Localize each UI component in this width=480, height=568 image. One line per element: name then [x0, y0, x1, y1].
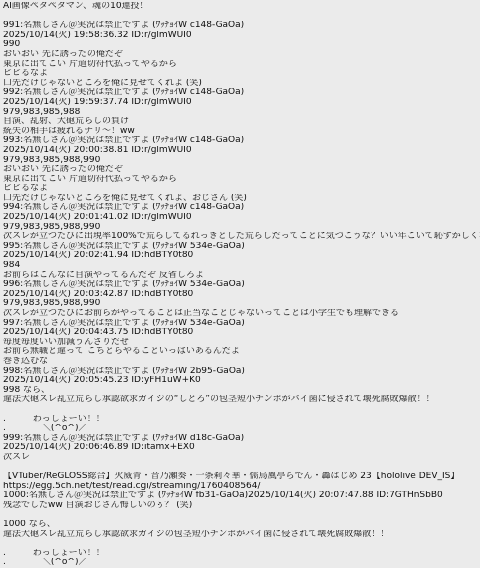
post: 993:名無しさん＠実況は禁止ですよ (ﾜｯﾁｮｲW c148-GaOa)202…	[3, 136, 480, 203]
blank-line	[3, 12, 480, 22]
reply-reference[interactable]: 979,983,985,988,990	[3, 156, 480, 166]
reply-reference[interactable]: 990	[3, 40, 480, 50]
post-body-line: お前らはこんなに自演やってるんだぞ 反省しろよ	[3, 271, 480, 281]
post-userid: ID:r/glmWUI0	[131, 146, 191, 155]
post-date-line: 2025/10/14(火) 20:00:38.81 ID:r/glmWUI0	[3, 146, 480, 156]
post-body-line: 次スレが立つたびにお前らがやってることは正当なことじゃないってことは小学生でも理…	[3, 309, 480, 319]
post-number[interactable]: 991:	[3, 21, 23, 30]
posts: 991:名無しさん＠実況は禁止ですよ (ﾜｯﾁｮｲW c148-GaOa)202…	[3, 21, 480, 568]
post-body-line: 東京に出てこい 片道切符代払ってやるから	[3, 175, 480, 185]
reply-reference[interactable]: 979,983,985,988	[3, 108, 480, 118]
reply-reference[interactable]: 979,983,985,988,990	[3, 299, 480, 309]
post-userid: ID:7GTHnSbB0	[376, 491, 442, 500]
post: 998:名無しさん＠実況は禁止ですよ (ﾜｯﾁｮｲW 2b95-GaOa)202…	[3, 367, 480, 434]
post-header-line: 997:名無しさん＠実況は禁止ですよ (ﾜｯﾁｮｲW 534e-GaOa)	[3, 319, 480, 329]
poster-name: 名無しさん＠実況は禁止ですよ	[23, 319, 152, 328]
poster-name: 名無しさん＠実況は禁止ですよ	[23, 434, 152, 443]
poster-name: 名無しさん＠実況は禁止ですよ	[23, 280, 152, 289]
post-body-line: 毎度毎度いい加減うんざりだぜ	[3, 338, 480, 348]
blank-line	[3, 405, 480, 415]
post-body-line: 998 なら、	[3, 386, 480, 396]
post-header-line: 992:名無しさん＠実況は禁止ですよ (ﾜｯﾁｮｲW c148-GaOa)	[3, 88, 480, 98]
blank-line	[3, 510, 480, 520]
post-body-line: 口先だけじゃないところを俺に見せてくれよ、おじさん (笑)	[3, 194, 480, 204]
post-body-line: 次スレが立つたびに出現率100%で荒らしてるれっきとした荒らしだってことに気づこ…	[3, 232, 480, 242]
wacchoi-id: (ﾜｯﾁｮｲW c148-GaOa)	[152, 136, 244, 145]
thread-url-link[interactable]: https://egg.5ch.net/test/read.cgi/stream…	[3, 482, 480, 492]
post-date-line: 2025/10/14(火) 20:01:41.02 ID:r/glmWUI0	[3, 213, 480, 223]
post-userid: ID:yFH1uW+K0	[131, 376, 200, 385]
post-body-line: 巻き込むな	[3, 357, 480, 367]
post-date-line: 2025/10/14(火) 20:03:42.87 ID:hdBTY0t80	[3, 290, 480, 300]
post-datetime: 2025/10/14(火) 20:07:47.88	[248, 491, 376, 500]
post-date-line: 2025/10/14(火) 20:05:45.23 ID:yFH1uW+K0	[3, 376, 480, 386]
wacchoi-id: (ﾜｯﾁｮｲW 534e-GaOa)	[152, 280, 245, 289]
post-body-line: AI画像ペタペタマン、魂の10連投！	[3, 2, 480, 12]
post-body-line: 口先だけじゃないところを俺に見せてくれよ (笑)	[3, 79, 480, 89]
post: 995:名無しさん＠実況は禁止ですよ (ﾜｯﾁｮｲW 534e-GaOa)202…	[3, 242, 480, 280]
post-number[interactable]: 999:	[3, 434, 23, 443]
post-header-line: 998:名無しさん＠実況は禁止ですよ (ﾜｯﾁｮｲW 2b95-GaOa)	[3, 367, 480, 377]
blank-line	[3, 539, 480, 549]
wacchoi-id: (ﾜｯﾁｮｲW d18c-GaOa)	[152, 434, 244, 443]
post: 992:名無しさん＠実況は禁止ですよ (ﾜｯﾁｮｲW c148-GaOa)202…	[3, 88, 480, 136]
post-date-line: 2025/10/14(火) 19:58:36.32 ID:r/glmWUI0	[3, 31, 480, 41]
post-datetime: 2025/10/14(火) 20:04:43.75	[3, 328, 131, 337]
wacchoi-id: (ﾜｯﾁｮｲW c148-GaOa)	[152, 88, 244, 97]
post-datetime: 2025/10/14(火) 20:00:38.81	[3, 146, 131, 155]
poster-name: 名無しさん＠実況は禁止ですよ	[29, 491, 158, 500]
ascii-art-line: . わっしょーい！！	[3, 549, 480, 559]
post-header-line: 999:名無しさん＠実況は禁止ですよ (ﾜｯﾁｮｲW d18c-GaOa)	[3, 434, 480, 444]
post-date-line: 2025/10/14(火) 20:06:46.89 ID:itamx+EX0	[3, 443, 480, 453]
post-date-line: 2025/10/14(火) 19:59:37.74 ID:r/glmWUI0	[3, 98, 480, 108]
post-number[interactable]: 992:	[3, 88, 23, 97]
post-body-line: ビビるなよ	[3, 184, 480, 194]
post-body-line: おいおい 先に誘ったの俺だぞ	[3, 165, 480, 175]
post-datetime: 2025/10/14(火) 20:01:41.02	[3, 213, 131, 222]
next-thread-title: 【VTuber/ReGLOSS総合】火威青・音乃瀬奏・一条莉々華・儒烏風亭らでん…	[3, 472, 480, 482]
post-body-line: 自演、乱射、大砲荒らしの負け	[3, 117, 480, 127]
post-datetime: 2025/10/14(火) 20:05:45.23	[3, 376, 131, 385]
post-datetime: 2025/10/14(火) 19:58:36.32	[3, 31, 131, 40]
post-header-line: 1000:名無しさん＠実況は禁止ですよ (ﾜｯﾁｮｲW fb31-GaOa)20…	[3, 491, 480, 501]
wacchoi-id: (ﾜｯﾁｮｲW 2b95-GaOa)	[152, 367, 245, 376]
post: 994:名無しさん＠実況は禁止ですよ (ﾜｯﾁｮｲW c148-GaOa)202…	[3, 203, 480, 241]
post-date-line: 2025/10/14(火) 20:02:41.94 ID:hdBTY0t80	[3, 251, 480, 261]
post-body-line: 1000 なら、	[3, 520, 480, 530]
post-userid: ID:hdBTY0t80	[131, 328, 193, 337]
post-body-line: ビビるなよ	[3, 69, 480, 79]
post-body-line: 次スレ	[3, 453, 480, 463]
post-body-line: 違法大砲スレ乱立荒らし承認欲求ガイジの包茎短小チンポがバイ菌に侵されて壊死腐敗爆…	[3, 530, 480, 540]
wacchoi-id: (ﾜｯﾁｮｲW 534e-GaOa)	[152, 242, 245, 251]
reply-reference[interactable]: 984	[3, 261, 480, 271]
post: 999:名無しさん＠実況は禁止ですよ (ﾜｯﾁｮｲW d18c-GaOa)202…	[3, 434, 480, 492]
reply-reference[interactable]: 979,983,985,988,990	[3, 223, 480, 233]
post-body-line: 東京に出てこい 片道切符代払ってやるから	[3, 60, 480, 70]
post-header-line: 995:名無しさん＠実況は禁止ですよ (ﾜｯﾁｮｲW 534e-GaOa)	[3, 242, 480, 252]
post-datetime: 2025/10/14(火) 20:06:46.89	[3, 443, 131, 452]
post-body-line: おいおい 先に誘ったの俺だぞ	[3, 50, 480, 60]
post-number[interactable]: 1000:	[3, 491, 29, 500]
post-header-line: 993:名無しさん＠実況は禁止ですよ (ﾜｯﾁｮｲW c148-GaOa)	[3, 136, 480, 146]
post: 991:名無しさん＠実況は禁止ですよ (ﾜｯﾁｮｲW c148-GaOa)202…	[3, 21, 480, 88]
poster-name: 名無しさん＠実況は禁止ですよ	[23, 242, 152, 251]
post-date-line: 2025/10/14(火) 20:04:43.75 ID:hdBTY0t80	[3, 328, 480, 338]
poster-name: 名無しさん＠実況は禁止ですよ	[23, 88, 152, 97]
post-userid: ID:itamx+EX0	[131, 443, 194, 452]
blank-line	[3, 463, 480, 473]
ascii-art-line: . ＼(^o^)／	[3, 424, 480, 434]
post-userid: ID:hdBTY0t80	[131, 251, 193, 260]
poster-name: 名無しさん＠実況は禁止ですよ	[23, 203, 152, 212]
post-header-line: 996:名無しさん＠実況は禁止ですよ (ﾜｯﾁｮｲW 534e-GaOa)	[3, 280, 480, 290]
post-datetime: 2025/10/14(火) 20:03:42.87	[3, 290, 131, 299]
post-body-line: 残念でしたww 自演おじさん悔しいのぅ？ (笑)	[3, 501, 480, 511]
post-number[interactable]: 996:	[3, 280, 23, 289]
post-number[interactable]: 993:	[3, 136, 23, 145]
post-number[interactable]: 998:	[3, 367, 23, 376]
wacchoi-id: (ﾜｯﾁｮｲW 534e-GaOa)	[152, 319, 245, 328]
post-userid: ID:r/glmWUI0	[131, 98, 191, 107]
post-number[interactable]: 995:	[3, 242, 23, 251]
ascii-art-line: . ＼(^o^)／	[3, 558, 480, 568]
post-body-line: 違法大砲スレ乱立荒らし承認欲求ガイジの“しとろ”の包茎短小チンポがバイ菌に侵され…	[3, 395, 480, 405]
post-body-line: 統失の相手は疲れるナリ～！ww	[3, 127, 480, 137]
poster-name: 名無しさん＠実況は禁止ですよ	[23, 367, 152, 376]
poster-name: 名無しさん＠実況は禁止ですよ	[23, 21, 152, 30]
post: 996:名無しさん＠実況は禁止ですよ (ﾜｯﾁｮｲW 534e-GaOa)202…	[3, 280, 480, 318]
post-header-line: 991:名無しさん＠実況は禁止ですよ (ﾜｯﾁｮｲW c148-GaOa)	[3, 21, 480, 31]
ascii-art-line: . わっしょーい！！	[3, 415, 480, 425]
poster-name: 名無しさん＠実況は禁止ですよ	[23, 136, 152, 145]
post-userid: ID:r/glmWUI0	[131, 31, 191, 40]
wacchoi-id: (ﾜｯﾁｮｲW c148-GaOa)	[152, 21, 244, 30]
post-body-line: お前ら無職と違って こちとらやることいっぱいあるんだよ	[3, 347, 480, 357]
post-datetime: 2025/10/14(火) 19:59:37.74	[3, 98, 131, 107]
post: 1000:名無しさん＠実況は禁止ですよ (ﾜｯﾁｮｲW fb31-GaOa)20…	[3, 491, 480, 568]
thread-page: AI画像ペタペタマン、魂の10連投！ 991:名無しさん＠実況は禁止ですよ (ﾜ…	[0, 0, 480, 568]
wacchoi-id: (ﾜｯﾁｮｲW c148-GaOa)	[152, 203, 244, 212]
post: 997:名無しさん＠実況は禁止ですよ (ﾜｯﾁｮｲW 534e-GaOa)202…	[3, 319, 480, 367]
post-number[interactable]: 994:	[3, 203, 23, 212]
wacchoi-id: (ﾜｯﾁｮｲW fb31-GaOa)	[158, 491, 248, 500]
post-number[interactable]: 997:	[3, 319, 23, 328]
post-userid: ID:r/glmWUI0	[131, 213, 191, 222]
post-header-line: 994:名無しさん＠実況は禁止ですよ (ﾜｯﾁｮｲW c148-GaOa)	[3, 203, 480, 213]
post-userid: ID:hdBTY0t80	[131, 290, 193, 299]
post-datetime: 2025/10/14(火) 20:02:41.94	[3, 251, 131, 260]
